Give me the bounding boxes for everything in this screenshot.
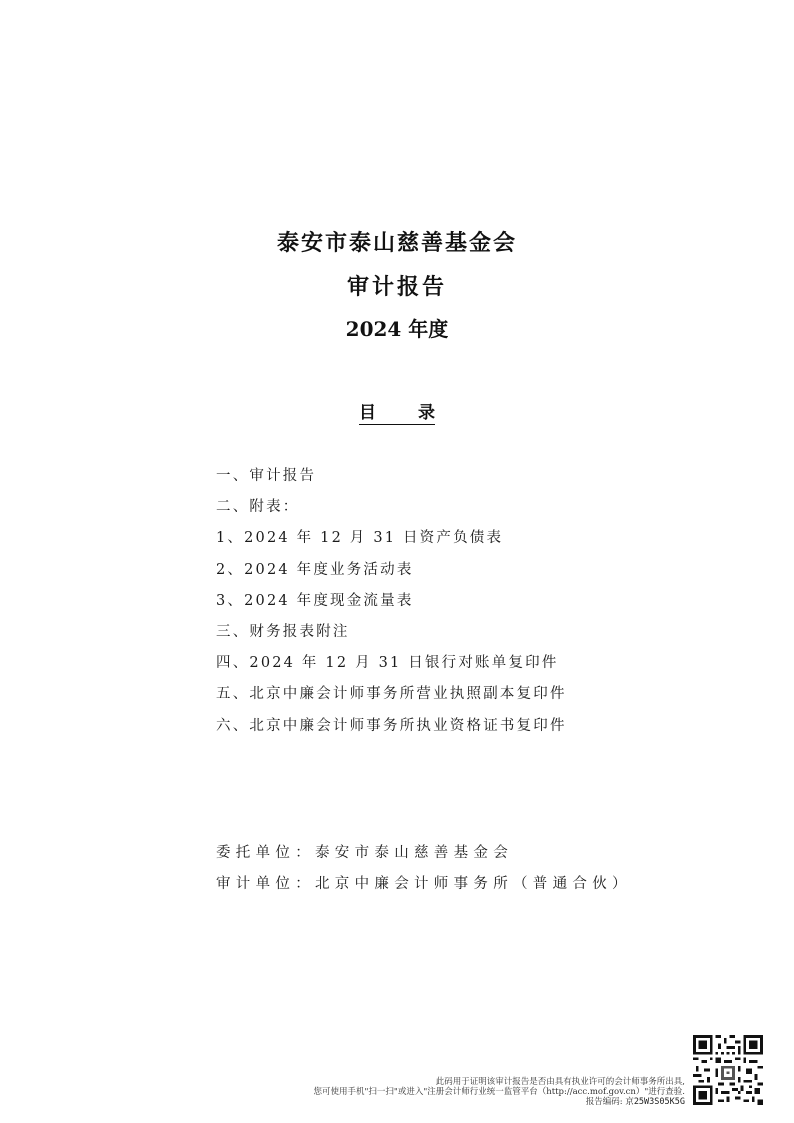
toc-item: 五、北京中廉会计师事务所营业执照副本复印件 (216, 684, 567, 715)
report-code-label: 报告编码: (586, 1097, 626, 1107)
toc-item: 六、北京中廉会计师事务所执业资格证书复印件 (216, 716, 567, 747)
toc-item: 3、2024 年度现金流量表 (216, 591, 567, 622)
toc-heading: 目 录 (359, 398, 435, 425)
entity-block: 委托单位：泰安市泰山慈善基金会 审计单位：北京中廉会计师事务所（普通合伙） (216, 841, 632, 903)
verification-line-2: 您可使用手机"扫一扫"或进入"注册会计师行业统一监管平台（http://acc.… (314, 1087, 685, 1097)
verification-line-1: 此码用于证明该审计报告是否由具有执业许可的会计师事务所出具, (314, 1077, 685, 1087)
toc-heading-left: 目 (359, 398, 376, 423)
organization-title: 泰安市泰山慈善基金会 (0, 226, 794, 257)
auditor-entity: 审计单位：北京中廉会计师事务所（普通合伙） (216, 872, 632, 903)
toc-heading-right: 录 (418, 398, 435, 423)
report-code: 京25W3S05K5G (625, 1097, 685, 1107)
toc-item: 四、2024 年 12 月 31 日银行对账单复印件 (216, 653, 567, 684)
toc-item: 三、财务报表附注 (216, 622, 567, 653)
verification-line-3: 报告编码: 京25W3S05K5G (314, 1097, 685, 1107)
toc-item: 一、审计报告 (216, 466, 567, 497)
qr-code-icon[interactable] (693, 1035, 763, 1105)
toc-item: 2、2024 年度业务活动表 (216, 560, 567, 591)
client-entity: 委托单位：泰安市泰山慈善基金会 (216, 841, 632, 872)
report-title: 审计报告 (0, 270, 794, 301)
toc-item: 二、附表： (216, 497, 567, 528)
toc-list: 一、审计报告 二、附表： 1、2024 年 12 月 31 日资产负债表 2、2… (216, 466, 567, 747)
verification-note: 此码用于证明该审计报告是否由具有执业许可的会计师事务所出具, 您可使用手机"扫一… (314, 1077, 685, 1107)
toc-item: 1、2024 年 12 月 31 日资产负债表 (216, 528, 567, 559)
report-year: 2024 年度 (0, 313, 794, 342)
